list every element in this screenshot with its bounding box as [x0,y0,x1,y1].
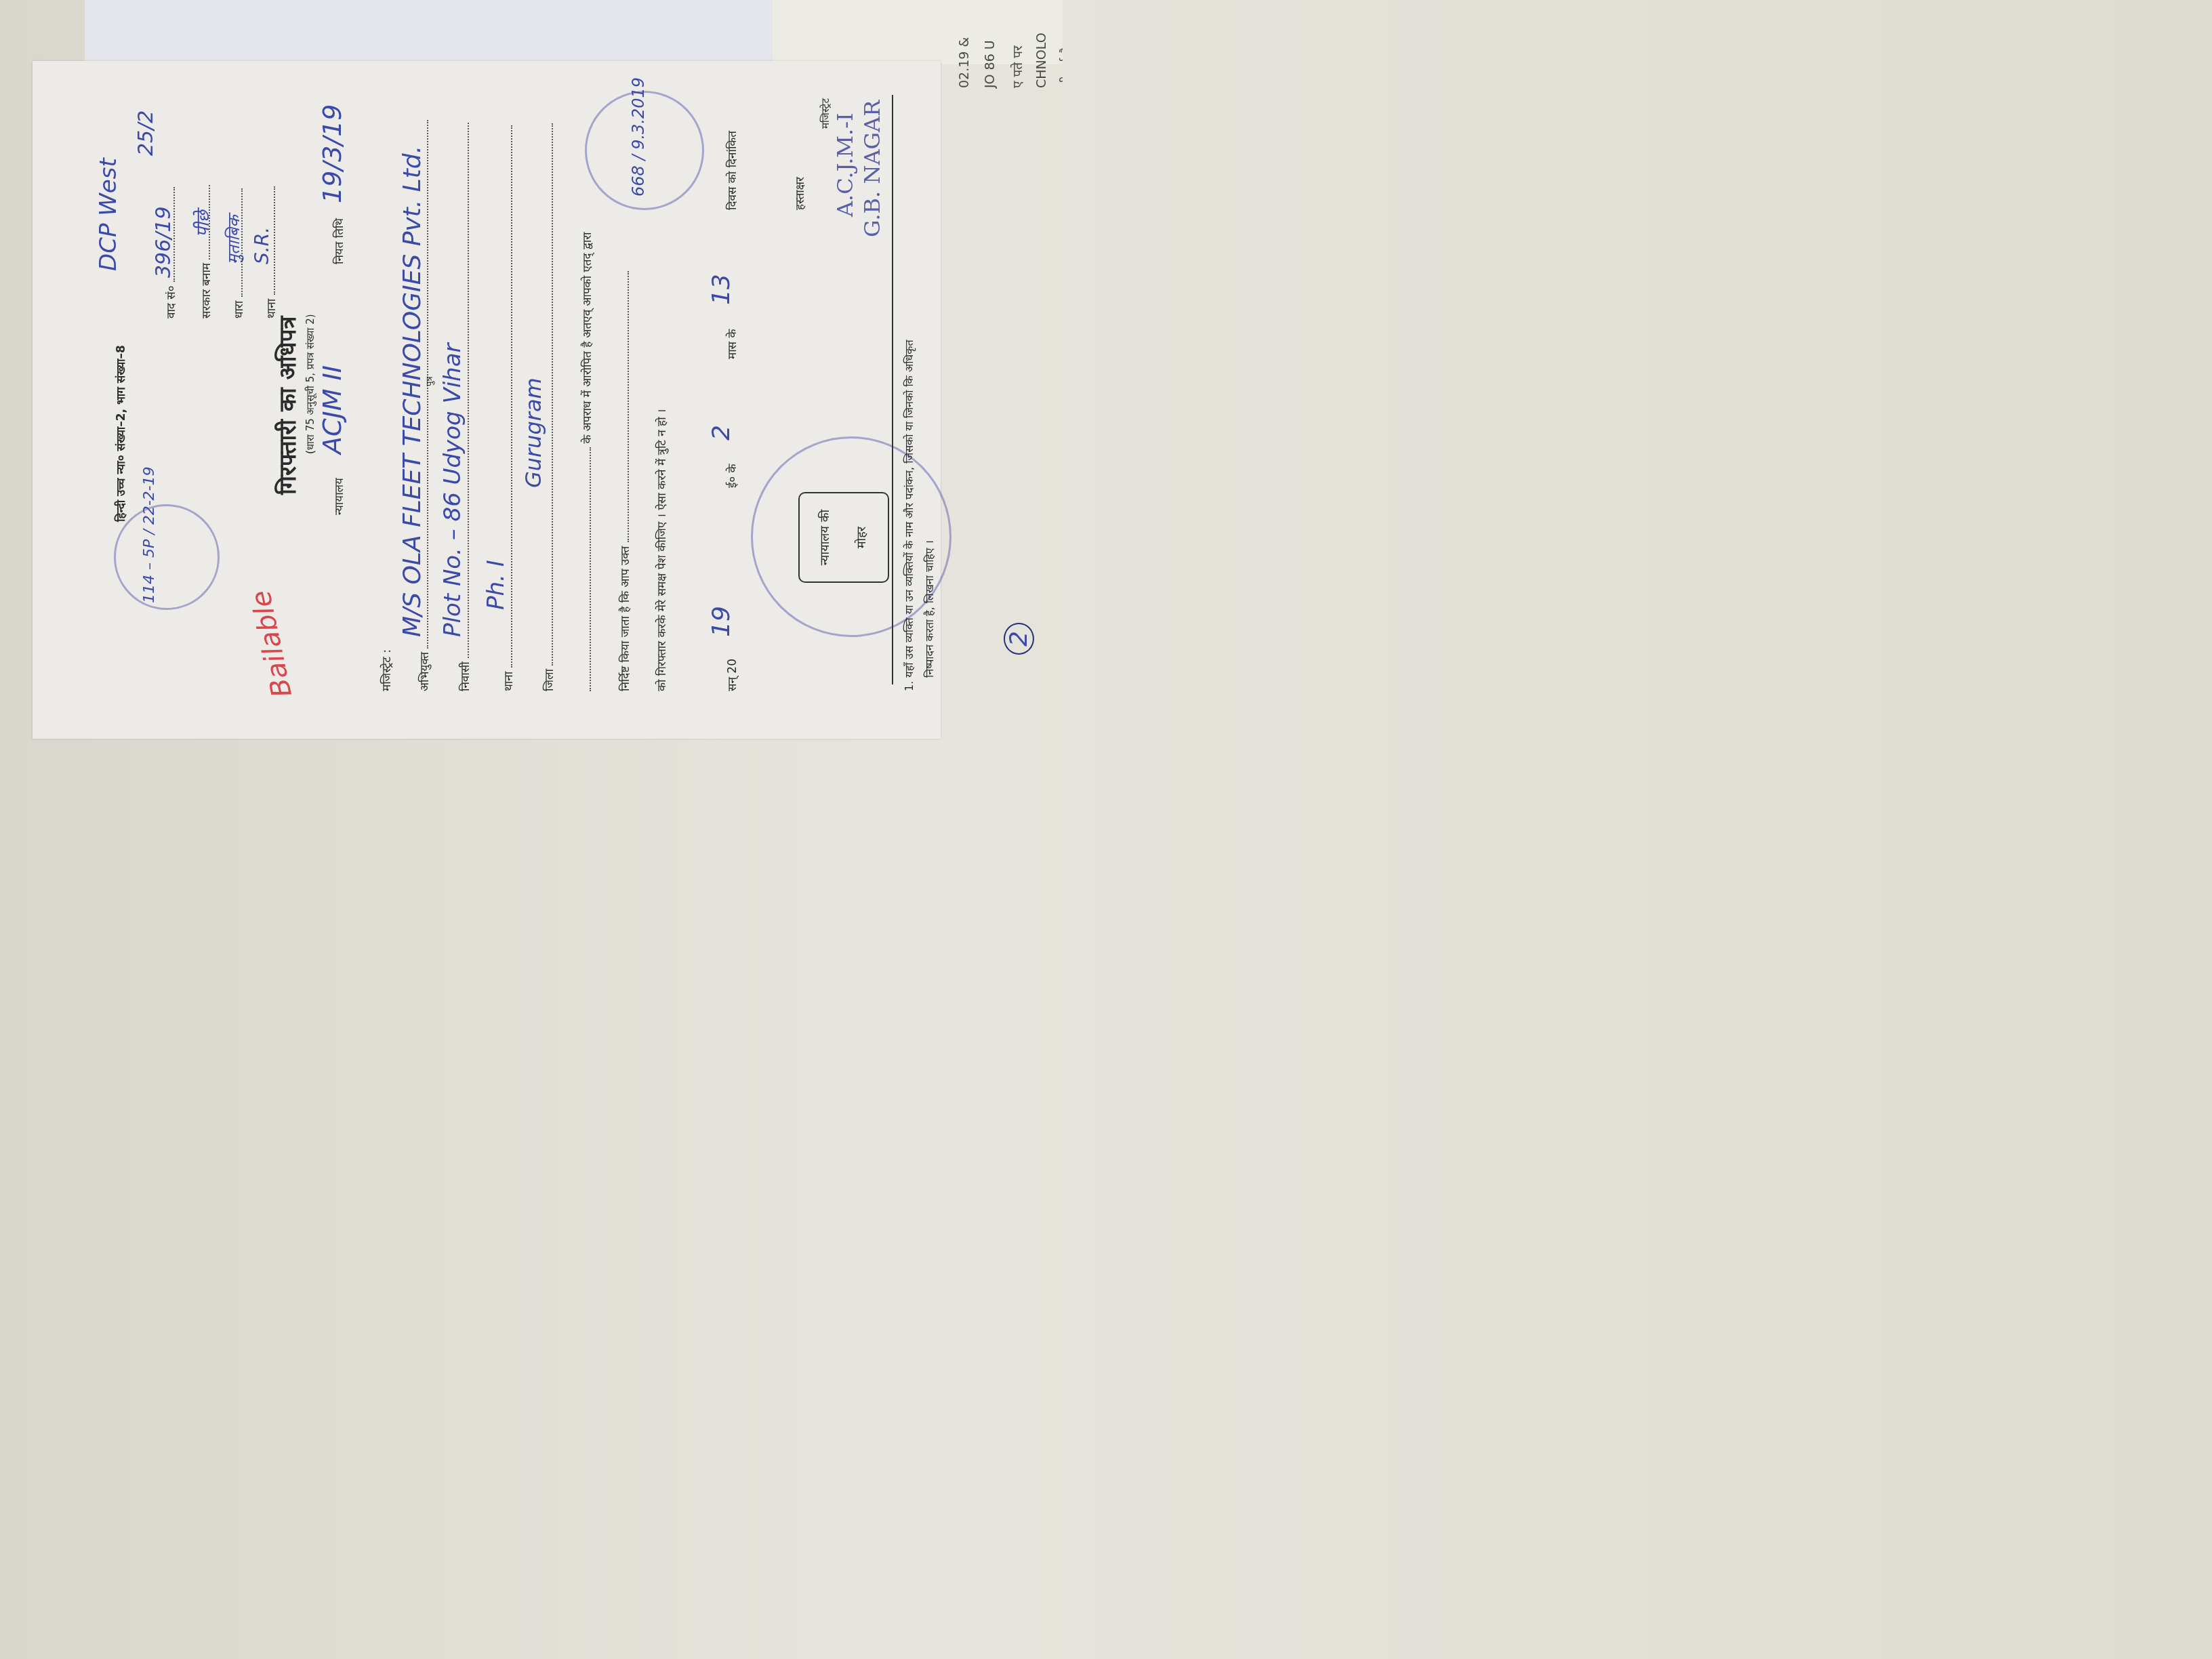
day-value: 13 [708,274,735,305]
produce-row: को गिरफ्तार करके मेरे समक्ष पेश कीजिए । … [653,409,669,691]
year-label: सन् 20 [724,659,739,691]
court-seal-box: न्यायालय की मोहर [798,492,889,583]
son-of-label: पुत्र [423,376,435,386]
magistrate-role: मजिस्ट्रेट [819,98,832,129]
offence-row: के अपराध में आरोपित है अतएव् आपको एतद् द… [579,232,594,692]
page-mark: 2 [1004,623,1034,655]
day-label: दिवस को दिनांकित [724,131,739,210]
police-station-value: Ph. I [483,560,510,610]
government-versus-value: पीछे [190,210,214,237]
month-of-label: ई० के [724,464,739,488]
month-value: 2 [708,425,735,441]
designation-line1: A.C.J.M.-I [832,112,858,217]
footer-divider [892,95,893,684]
addressee: मजिस्ट्रेट : [378,649,394,691]
year-value: 19 [708,606,735,637]
initials-fraction: 25/2 [134,110,158,156]
diary-stamp-text: 114 – 5P / 22-2-19 [141,466,158,603]
month-label: मास के [724,329,739,359]
footnote-line1: 1. यहाँ उस व्यक्ति या उन व्यक्तियों के न… [901,340,916,691]
court-value: ACJM II [317,365,347,454]
signature-label: हस्ताक्षर [792,177,807,210]
bailable-note: Bailable [245,588,298,700]
footnote-line2: निष्पादन करता है, लिखना चाहिए । [922,540,937,678]
address-value: Plot No. – 86 Udyog Vihar [439,344,466,637]
diary-stamp [114,504,220,610]
case-number-value: 396/19 [152,206,176,278]
district-value: Gurugram [520,377,546,488]
page-title: गिरफ्तारी का अधिपत्र [271,316,302,495]
warrant-content: DCP West 25/2 114 – 5P / 22-2-19 हिन्दी … [33,61,941,739]
page-subtitle: (धारा 75 अनुसूची 5, प्रपत्र संख्या 2) [304,314,317,454]
direction-row: निर्दिष्ट किया जाता है कि आप उक्त [617,272,632,692]
government-versus-field: सरकार बनाम [198,185,213,319]
police-station-case-value: S.R. [251,227,273,264]
accused-value: M/S OLA FLEET TECHNOLOGIES Pvt. Ltd. [398,146,426,637]
back-fragment: JO 86 U [983,40,998,88]
back-fragment: भी गई है [1057,47,1063,88]
court-label: न्यायालय [331,478,346,515]
back-document-text: 02.19 & JO 86 U ए पते पर CHNOLO भी गई है [957,7,1063,95]
police-stamp-handwritten: 668 / 9.3.2019 [629,77,648,197]
back-fragment: 02.19 & [957,37,972,88]
back-fragment: ए पते पर [1008,45,1026,88]
back-fragment: CHNOLO [1034,33,1049,88]
arrest-warrant-sheet: DCP West 25/2 114 – 5P / 22-2-19 हिन्दी … [33,61,941,739]
section-value: मुताबिक [222,215,245,264]
gazette-reference: हिन्दी उच्च न्या० संख्या–2, भाग संख्या–8 [112,345,128,522]
fixed-date-label: नियत तिथि [331,218,346,264]
designation-line2: G.B. NAGAR [859,100,885,237]
dcp-note: DCP West [95,158,122,271]
fixed-date-value: 19/3/19 [317,104,347,204]
